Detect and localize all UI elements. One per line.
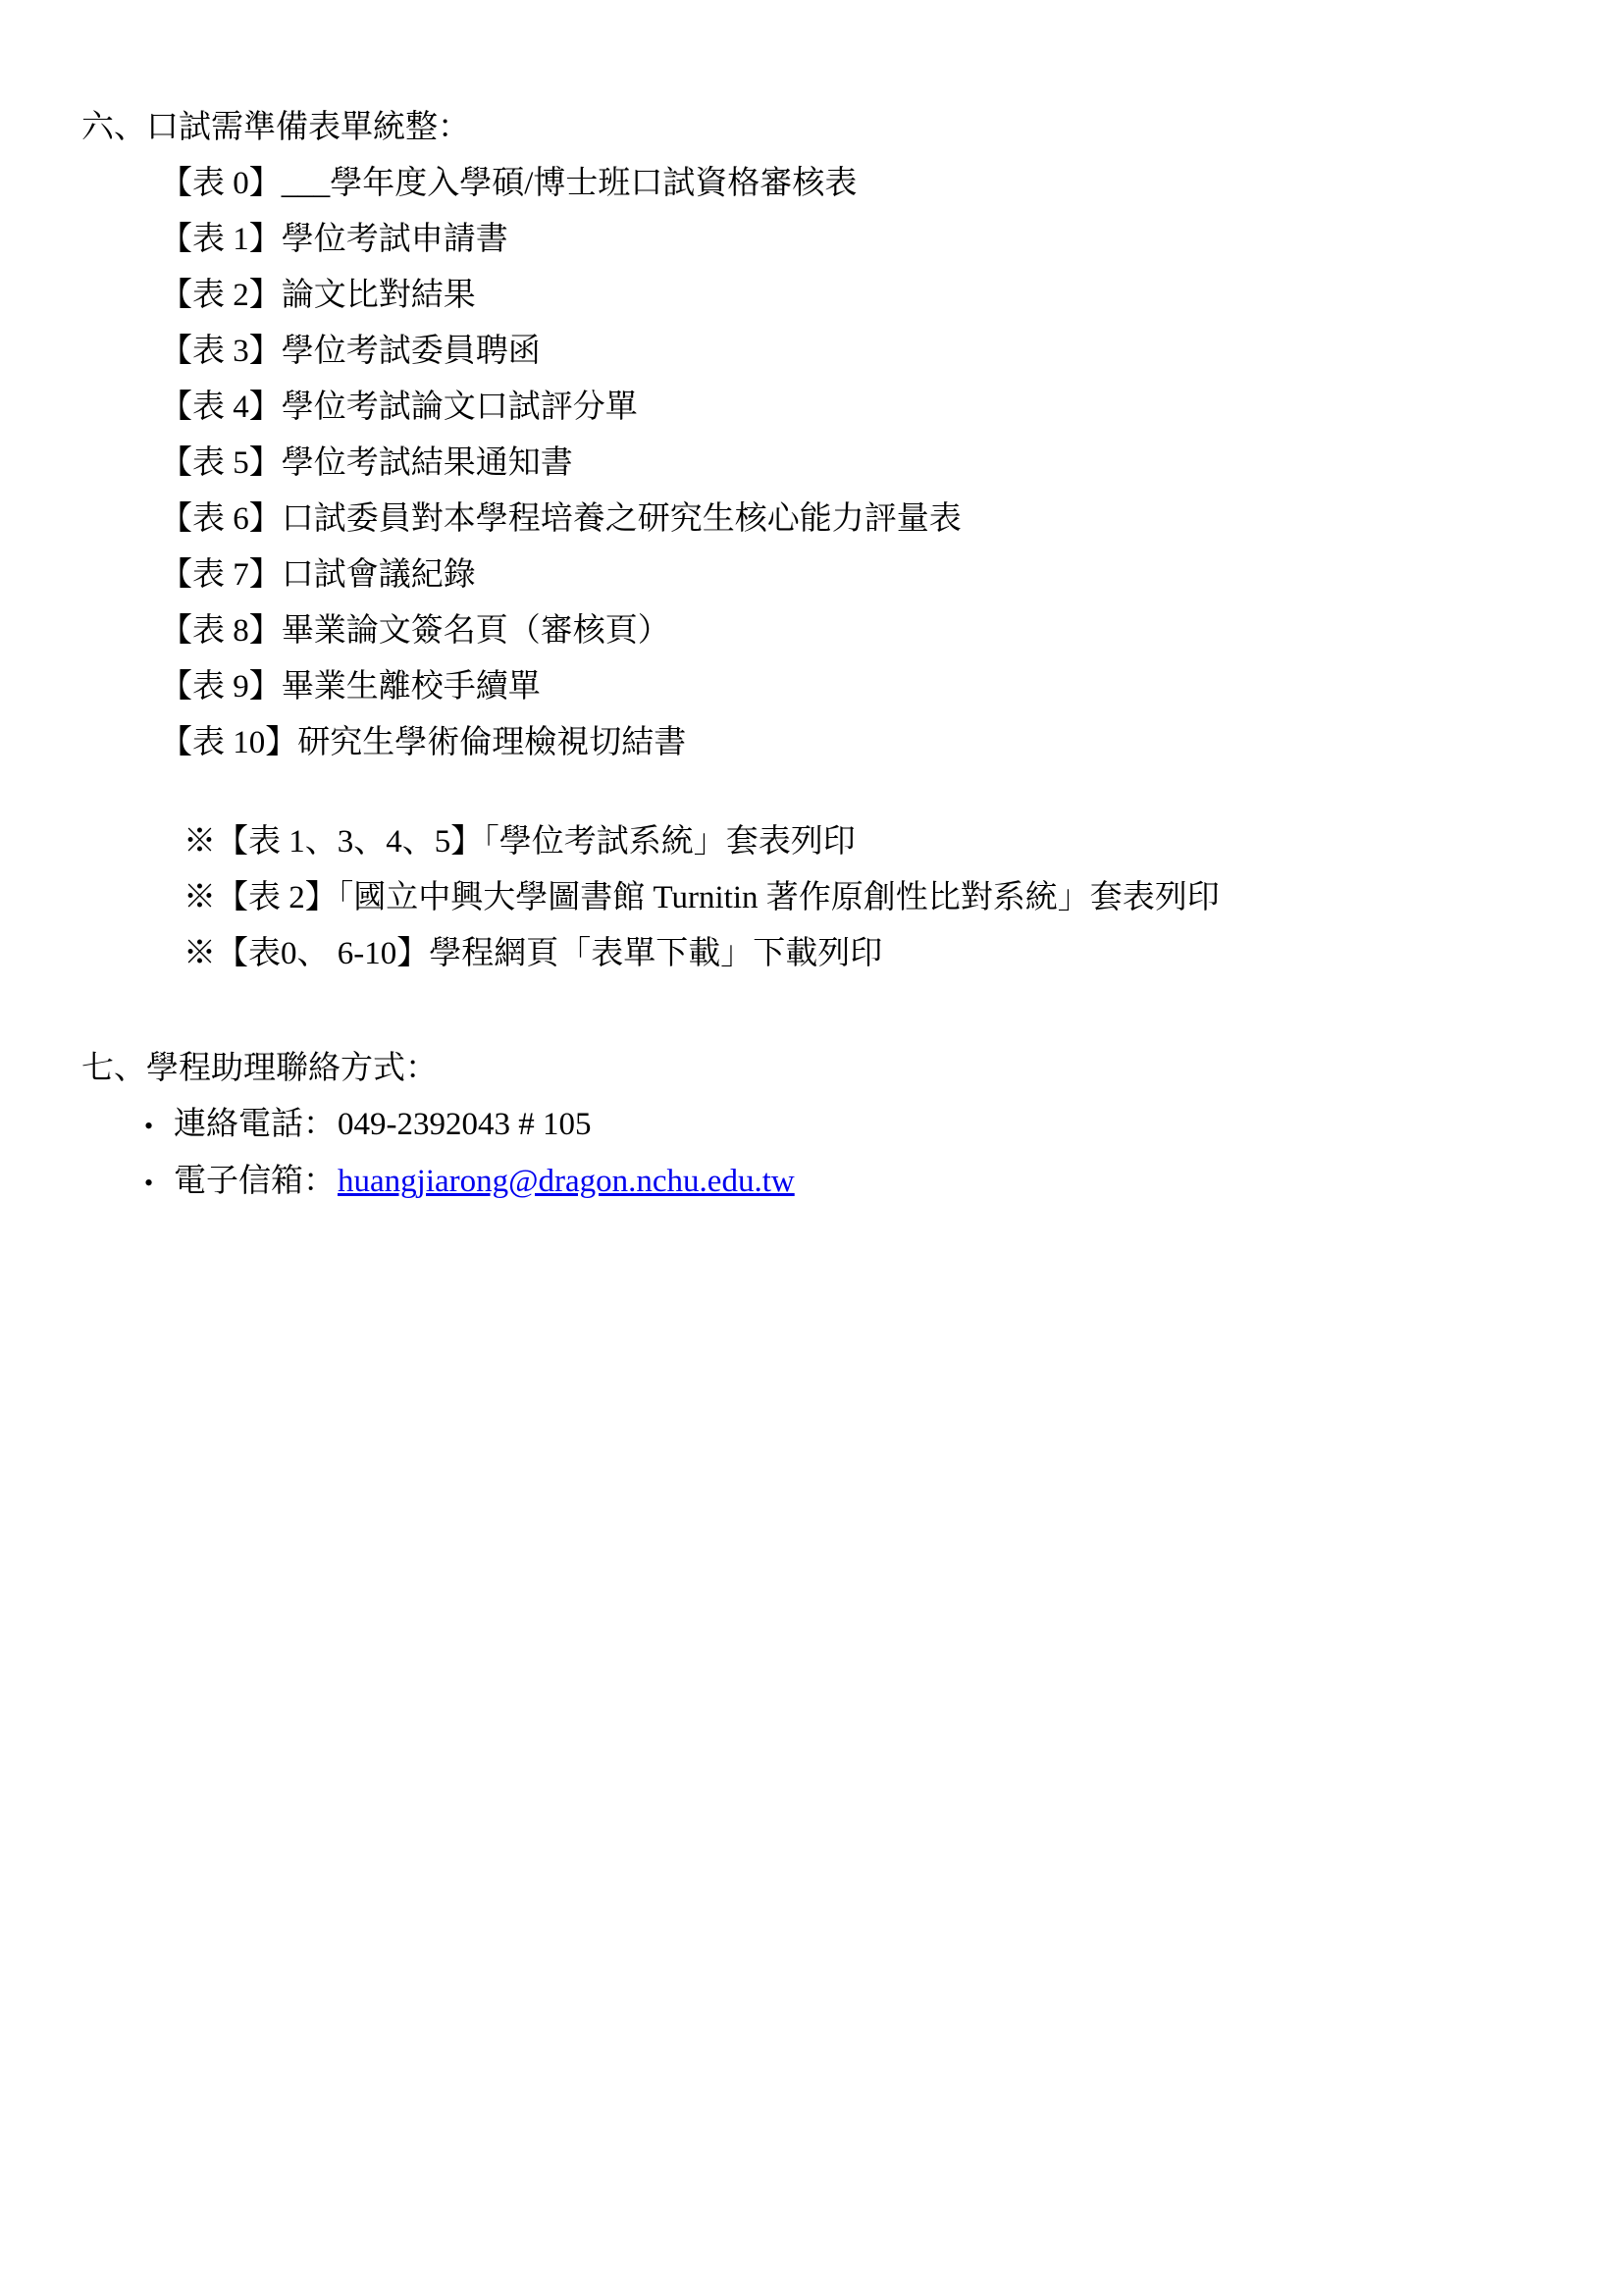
bullet-icon: • <box>144 1098 174 1154</box>
print-notes-list: ※【表 1、3、4、5】「學位考試系統」套表列印 ※【表 2】「國立中興大學圖書… <box>81 814 1565 982</box>
form-item-5: 【表 5】學位考試結果通知書 <box>160 436 1565 492</box>
phone-label: 連絡電話： <box>174 1097 336 1153</box>
form-item-7: 【表 7】口試會議紀錄 <box>160 548 1565 603</box>
note-item-2: ※【表0、 6-10】學程網頁「表單下載」下載列印 <box>183 926 1565 982</box>
form-item-10: 【表 10】研究生學術倫理檢視切結書 <box>160 715 1565 771</box>
form-item-3: 【表 3】學位考試委員聘函 <box>160 324 1565 380</box>
section-oral-exam-forms: 六、口試需準備表單統整： 【表 0】___學年度入學碩/博士班口試資格審核表 【… <box>81 100 1565 982</box>
email-link[interactable]: huangjiarong@dragon.nchu.edu.tw <box>338 1154 795 1210</box>
note-item-0: ※【表 1、3、4、5】「學位考試系統」套表列印 <box>183 814 1565 870</box>
document-page: 六、口試需準備表單統整： 【表 0】___學年度入學碩/博士班口試資格審核表 【… <box>0 0 1624 2295</box>
form-item-9: 【表 9】畢業生離校手續單 <box>160 659 1565 715</box>
contact-item-phone: • 連絡電話： 049-2392043 # 105 <box>144 1097 1565 1154</box>
form-item-6: 【表 6】口試委員對本學程培養之研究生核心能力評量表 <box>160 492 1565 548</box>
section-forms-heading: 六、口試需準備表單統整： <box>81 100 1565 156</box>
form-item-0: 【表 0】___學年度入學碩/博士班口試資格審核表 <box>160 156 1565 212</box>
bullet-icon: • <box>144 1155 174 1211</box>
form-item-4: 【表 4】學位考試論文口試評分單 <box>160 380 1565 436</box>
form-item-8: 【表 8】畢業論文簽名頁（審核頁） <box>160 603 1565 659</box>
section-assistant-contact: 七、學程助理聯絡方式： • 連絡電話： 049-2392043 # 105 • … <box>81 1041 1565 1211</box>
contact-item-email: • 電子信箱： huangjiarong@dragon.nchu.edu.tw <box>144 1154 1565 1211</box>
form-item-1: 【表 1】學位考試申請書 <box>160 212 1565 268</box>
phone-value: 049-2392043 # 105 <box>338 1097 592 1153</box>
section-contact-heading: 七、學程助理聯絡方式： <box>81 1041 1565 1097</box>
form-list: 【表 0】___學年度入學碩/博士班口試資格審核表 【表 1】學位考試申請書 【… <box>81 156 1565 771</box>
note-item-1: ※【表 2】「國立中興大學圖書館 Turnitin 著作原創性比對系統」套表列印 <box>183 870 1565 926</box>
email-label: 電子信箱： <box>174 1154 336 1210</box>
form-item-2: 【表 2】論文比對結果 <box>160 268 1565 324</box>
